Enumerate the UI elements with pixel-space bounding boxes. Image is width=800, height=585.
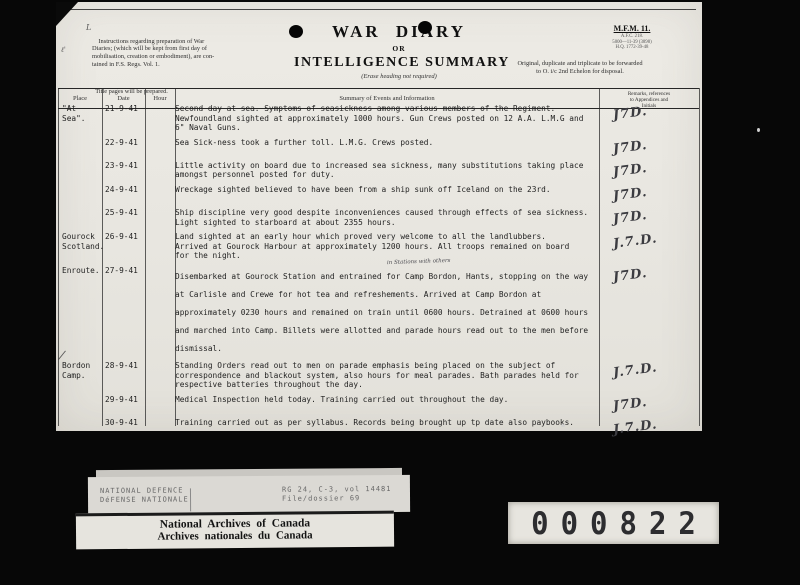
handwritten-initials: J7D. xyxy=(612,395,648,414)
entry-remarks: J7D. xyxy=(603,208,699,226)
handwritten-initials: J7D. xyxy=(612,161,648,180)
diary-entries: "At Sea". 21-9-41 Second day at sea. Sym… xyxy=(58,104,699,441)
entry-date: 24-9-41 xyxy=(102,185,145,195)
form-number: M.F.M. 11. xyxy=(586,24,678,33)
national-archives-stamp: National Archives of Canada Archives nat… xyxy=(76,511,394,550)
entry-place: "At Sea". xyxy=(58,104,102,123)
entry-date: 29-9-41 xyxy=(102,395,145,405)
entry-summary: Training carried out as per syllabus. Re… xyxy=(175,418,603,428)
scan-speck xyxy=(757,128,760,132)
handwritten-initials: J7D. xyxy=(612,138,648,157)
diary-row: 25-9-41 Ship discipline very good despit… xyxy=(58,208,699,227)
entry-date: 28-9-41 xyxy=(102,361,145,371)
column-header-date: Date xyxy=(102,95,145,102)
table-top-rule xyxy=(58,88,699,89)
form-print-references: A.F.C. 218. 5000—11-39 (3898) H.Q. 1772-… xyxy=(586,34,678,51)
title-or: OR xyxy=(294,44,504,53)
column-divider xyxy=(699,88,700,426)
entry-summary: Standing Orders read out to men on parad… xyxy=(175,361,603,390)
entry-date: 26-9-41 xyxy=(102,232,145,242)
handwritten-initials: J.7.D. xyxy=(612,417,658,437)
diary-row: "At Sea". 21-9-41 Second day at sea. Sym… xyxy=(58,104,699,133)
entry-place: Bordon Camp. xyxy=(58,361,102,380)
entry-date: 27-9-41 xyxy=(102,266,145,276)
diary-row: 22-9-41 Sea Sick-ness took a further tol… xyxy=(58,138,699,156)
record-group-label: RG 24, C-3, vol 14481 File/dossier 69 xyxy=(282,485,392,504)
column-header-hour: Hour xyxy=(145,95,175,102)
handwritten-initials: J.7.D. xyxy=(612,231,658,251)
entry-summary: in Stations with others Disembarked at G… xyxy=(175,266,603,356)
entry-remarks: J7D. xyxy=(603,395,699,413)
entry-date: 30-9-41 xyxy=(102,418,145,428)
handwritten-initials: J7D. xyxy=(612,104,648,123)
handwritten-insertion: in Stations with others xyxy=(387,258,451,266)
column-header-place: Place xyxy=(58,95,102,102)
entry-summary: Second day at sea. Symptoms of seasickne… xyxy=(175,104,603,133)
punch-hole xyxy=(418,21,432,34)
diary-row: 30-9-41 Training carried out as per syll… xyxy=(58,418,699,436)
scan-corner-shadow xyxy=(56,2,78,26)
entry-summary: Land sighted at an early hour which prov… xyxy=(175,232,603,261)
archives-name-french: Archives nationales du Canada xyxy=(76,529,394,544)
entry-remarks: J7D. xyxy=(603,161,699,179)
title-war-diary: WAR DIARY xyxy=(294,22,504,42)
title-erase-note: (Erase heading not required) xyxy=(294,73,504,80)
entry-summary: Sea Sick-ness took a further toll. L.M.G… xyxy=(175,138,603,148)
entry-summary: Little activity on board due to increase… xyxy=(175,161,603,180)
handwritten-initials: J7D. xyxy=(612,266,648,285)
entry-remarks: J7D. xyxy=(603,266,699,284)
frame-counter: 000822 xyxy=(508,502,719,544)
form-code-block: M.F.M. 11. A.F.C. 218. 5000—11-39 (3898)… xyxy=(586,24,678,51)
instructions-paragraph: Instructions regarding preparation of Wa… xyxy=(92,38,296,69)
entry-date: 22-9-41 xyxy=(102,138,145,148)
entry-summary: Ship discipline very good despite inconv… xyxy=(175,208,603,227)
entry-remarks: J7D. xyxy=(603,138,699,156)
punch-hole xyxy=(289,25,303,38)
entry-remarks: J.7.D. xyxy=(603,361,699,379)
entry-place: Gourock Scotland. xyxy=(58,232,102,251)
handwritten-initials: J7D. xyxy=(612,185,648,204)
forwarding-instructions: Original, duplicate and triplicate to be… xyxy=(484,60,676,75)
diary-row: 29-9-41 Medical Inspection held today. T… xyxy=(58,395,699,413)
pencil-mark: ℓ' xyxy=(61,46,66,54)
entry-remarks: J.7.D. xyxy=(603,418,699,436)
page-edge-line xyxy=(70,9,696,10)
label-divider xyxy=(190,488,191,511)
entry-remarks: J7D. xyxy=(603,185,699,203)
column-header-summary: Summary of Events and Information xyxy=(175,95,599,102)
diary-row: Bordon Camp. 28-9-41 Standing Orders rea… xyxy=(58,361,699,390)
pencil-mark: L xyxy=(86,23,91,32)
handwritten-initials: J.7.D. xyxy=(612,360,658,380)
archive-reference-label: NATIONAL DEFENCE DéFENSE NATIONALE RG 24… xyxy=(88,475,410,514)
title-intelligence-summary: INTELLIGENCE SUMMARY xyxy=(294,55,504,71)
entry-remarks: J7D. xyxy=(603,104,699,122)
diary-row: 23-9-41 Little activity on board due to … xyxy=(58,161,699,180)
diary-row: Gourock Scotland. 26-9-41 Land sighted a… xyxy=(58,232,699,261)
frame-counter-digits: 000822 xyxy=(519,505,708,542)
entry-date: 25-9-41 xyxy=(102,208,145,218)
entry-place: Enroute. xyxy=(58,266,102,276)
entry-summary: Wreckage sighted believed to have been f… xyxy=(175,185,603,195)
entry-date: 21-9-41 xyxy=(102,104,145,114)
form-title: WAR DIARY OR INTELLIGENCE SUMMARY (Erase… xyxy=(294,22,504,80)
entry-summary-text: Disembarked at Gourock Station and entra… xyxy=(175,272,588,353)
war-diary-page: L ℓ' / Instructions regarding preparatio… xyxy=(56,2,702,431)
department-label: NATIONAL DEFENCE DéFENSE NATIONALE xyxy=(100,486,189,505)
diary-row: Enroute. 27-9-41 in Stations with others… xyxy=(58,266,699,356)
scan-speck xyxy=(561,424,565,427)
microfilm-scan: L ℓ' / Instructions regarding preparatio… xyxy=(0,0,800,585)
diary-row: 24-9-41 Wreckage sighted believed to hav… xyxy=(58,185,699,203)
entry-summary: Medical Inspection held today. Training … xyxy=(175,395,603,405)
entry-date: 23-9-41 xyxy=(102,161,145,171)
handwritten-initials: J7D. xyxy=(612,208,648,227)
entry-remarks: J.7.D. xyxy=(603,232,699,250)
